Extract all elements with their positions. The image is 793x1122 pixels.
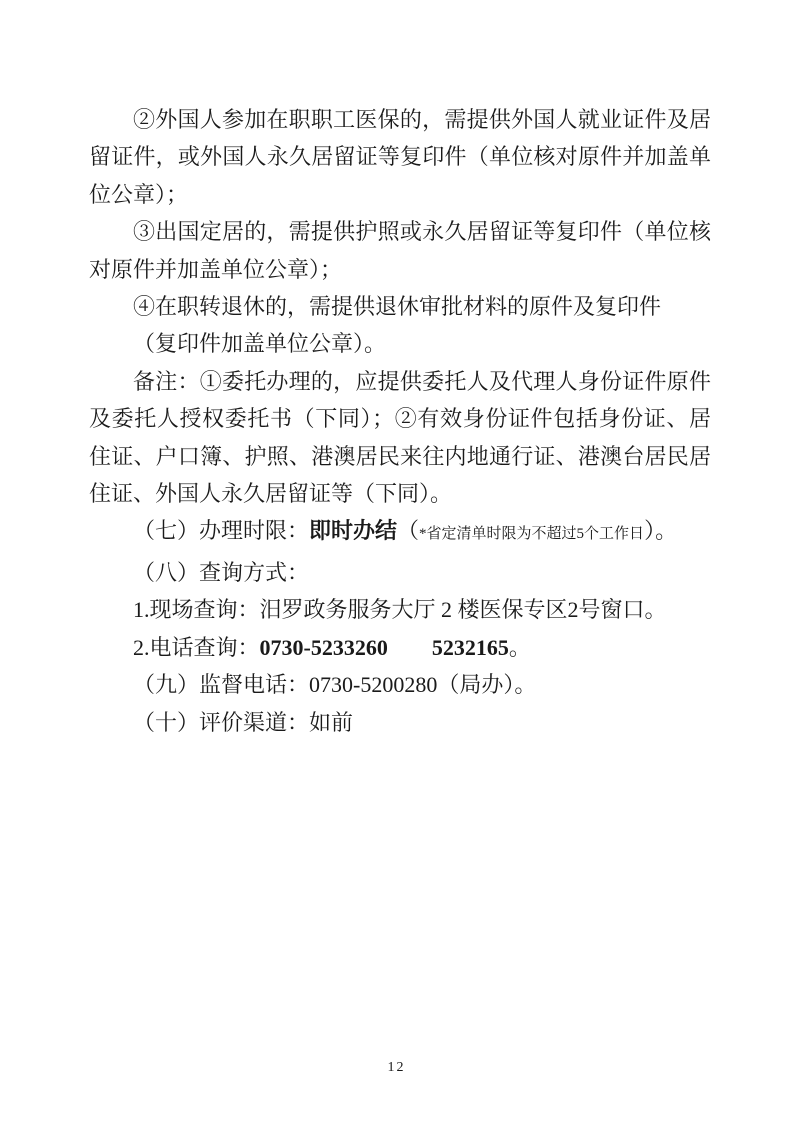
phone-query-label: 2.电话查询：	[133, 635, 260, 660]
paragraph-copy-with-seal: （复印件加盖单位公章）。	[89, 325, 711, 362]
time-limit-paren-close: ）。	[644, 518, 677, 543]
paragraph-supervision-phone: （九）监督电话：0730-5200280（局办）。	[89, 666, 711, 703]
paragraph-phone-query: 2.电话查询：0730-5233260 5232165。	[89, 629, 711, 666]
paragraph-onsite-query: 1.现场查询：汨罗政务服务大厅 2 楼医保专区2号窗口。	[89, 591, 711, 628]
paragraph-foreigner-insurance: ②外国人参加在职职工医保的，需提供外国人就业证件及居留证件，或外国人永久居留证等…	[89, 101, 711, 213]
paragraph-evaluation-channel: （十）评价渠道：如前	[89, 704, 711, 741]
phone-query-numbers: 0730-5233260 5232165	[260, 635, 509, 660]
time-limit-label: （七）办理时限：	[133, 518, 309, 543]
page-number: 12	[388, 1060, 406, 1075]
time-limit-footnote: *省定清单时限为不超过5个工作日	[419, 526, 644, 542]
paragraph-time-limit: （七）办理时限：即时办结（*省定清单时限为不超过5个工作日）。	[89, 512, 711, 553]
paragraph-remarks: 备注：①委托办理的，应提供委托人及代理人身份证件原件及委托人授权委托书（下同）；…	[89, 363, 711, 513]
phone-query-period: 。	[509, 635, 531, 660]
time-limit-value: 即时办结	[309, 518, 397, 543]
paragraph-retirement-transfer: ④在职转退休的，需提供退休审批材料的原件及复印件	[89, 288, 711, 325]
page-footer: 12	[0, 1058, 793, 1076]
document-page: ②外国人参加在职职工医保的，需提供外国人就业证件及居留证件，或外国人永久居留证等…	[0, 0, 793, 1122]
paragraph-settle-abroad: ③出国定居的，需提供护照或永久居留证等复印件（单位核对原件并加盖单位公章）；	[89, 213, 711, 288]
time-limit-paren-open: （	[397, 518, 419, 543]
document-body: ②外国人参加在职职工医保的，需提供外国人就业证件及居留证件，或外国人永久居留证等…	[89, 101, 711, 741]
paragraph-query-heading: （八）查询方式：	[89, 554, 711, 591]
